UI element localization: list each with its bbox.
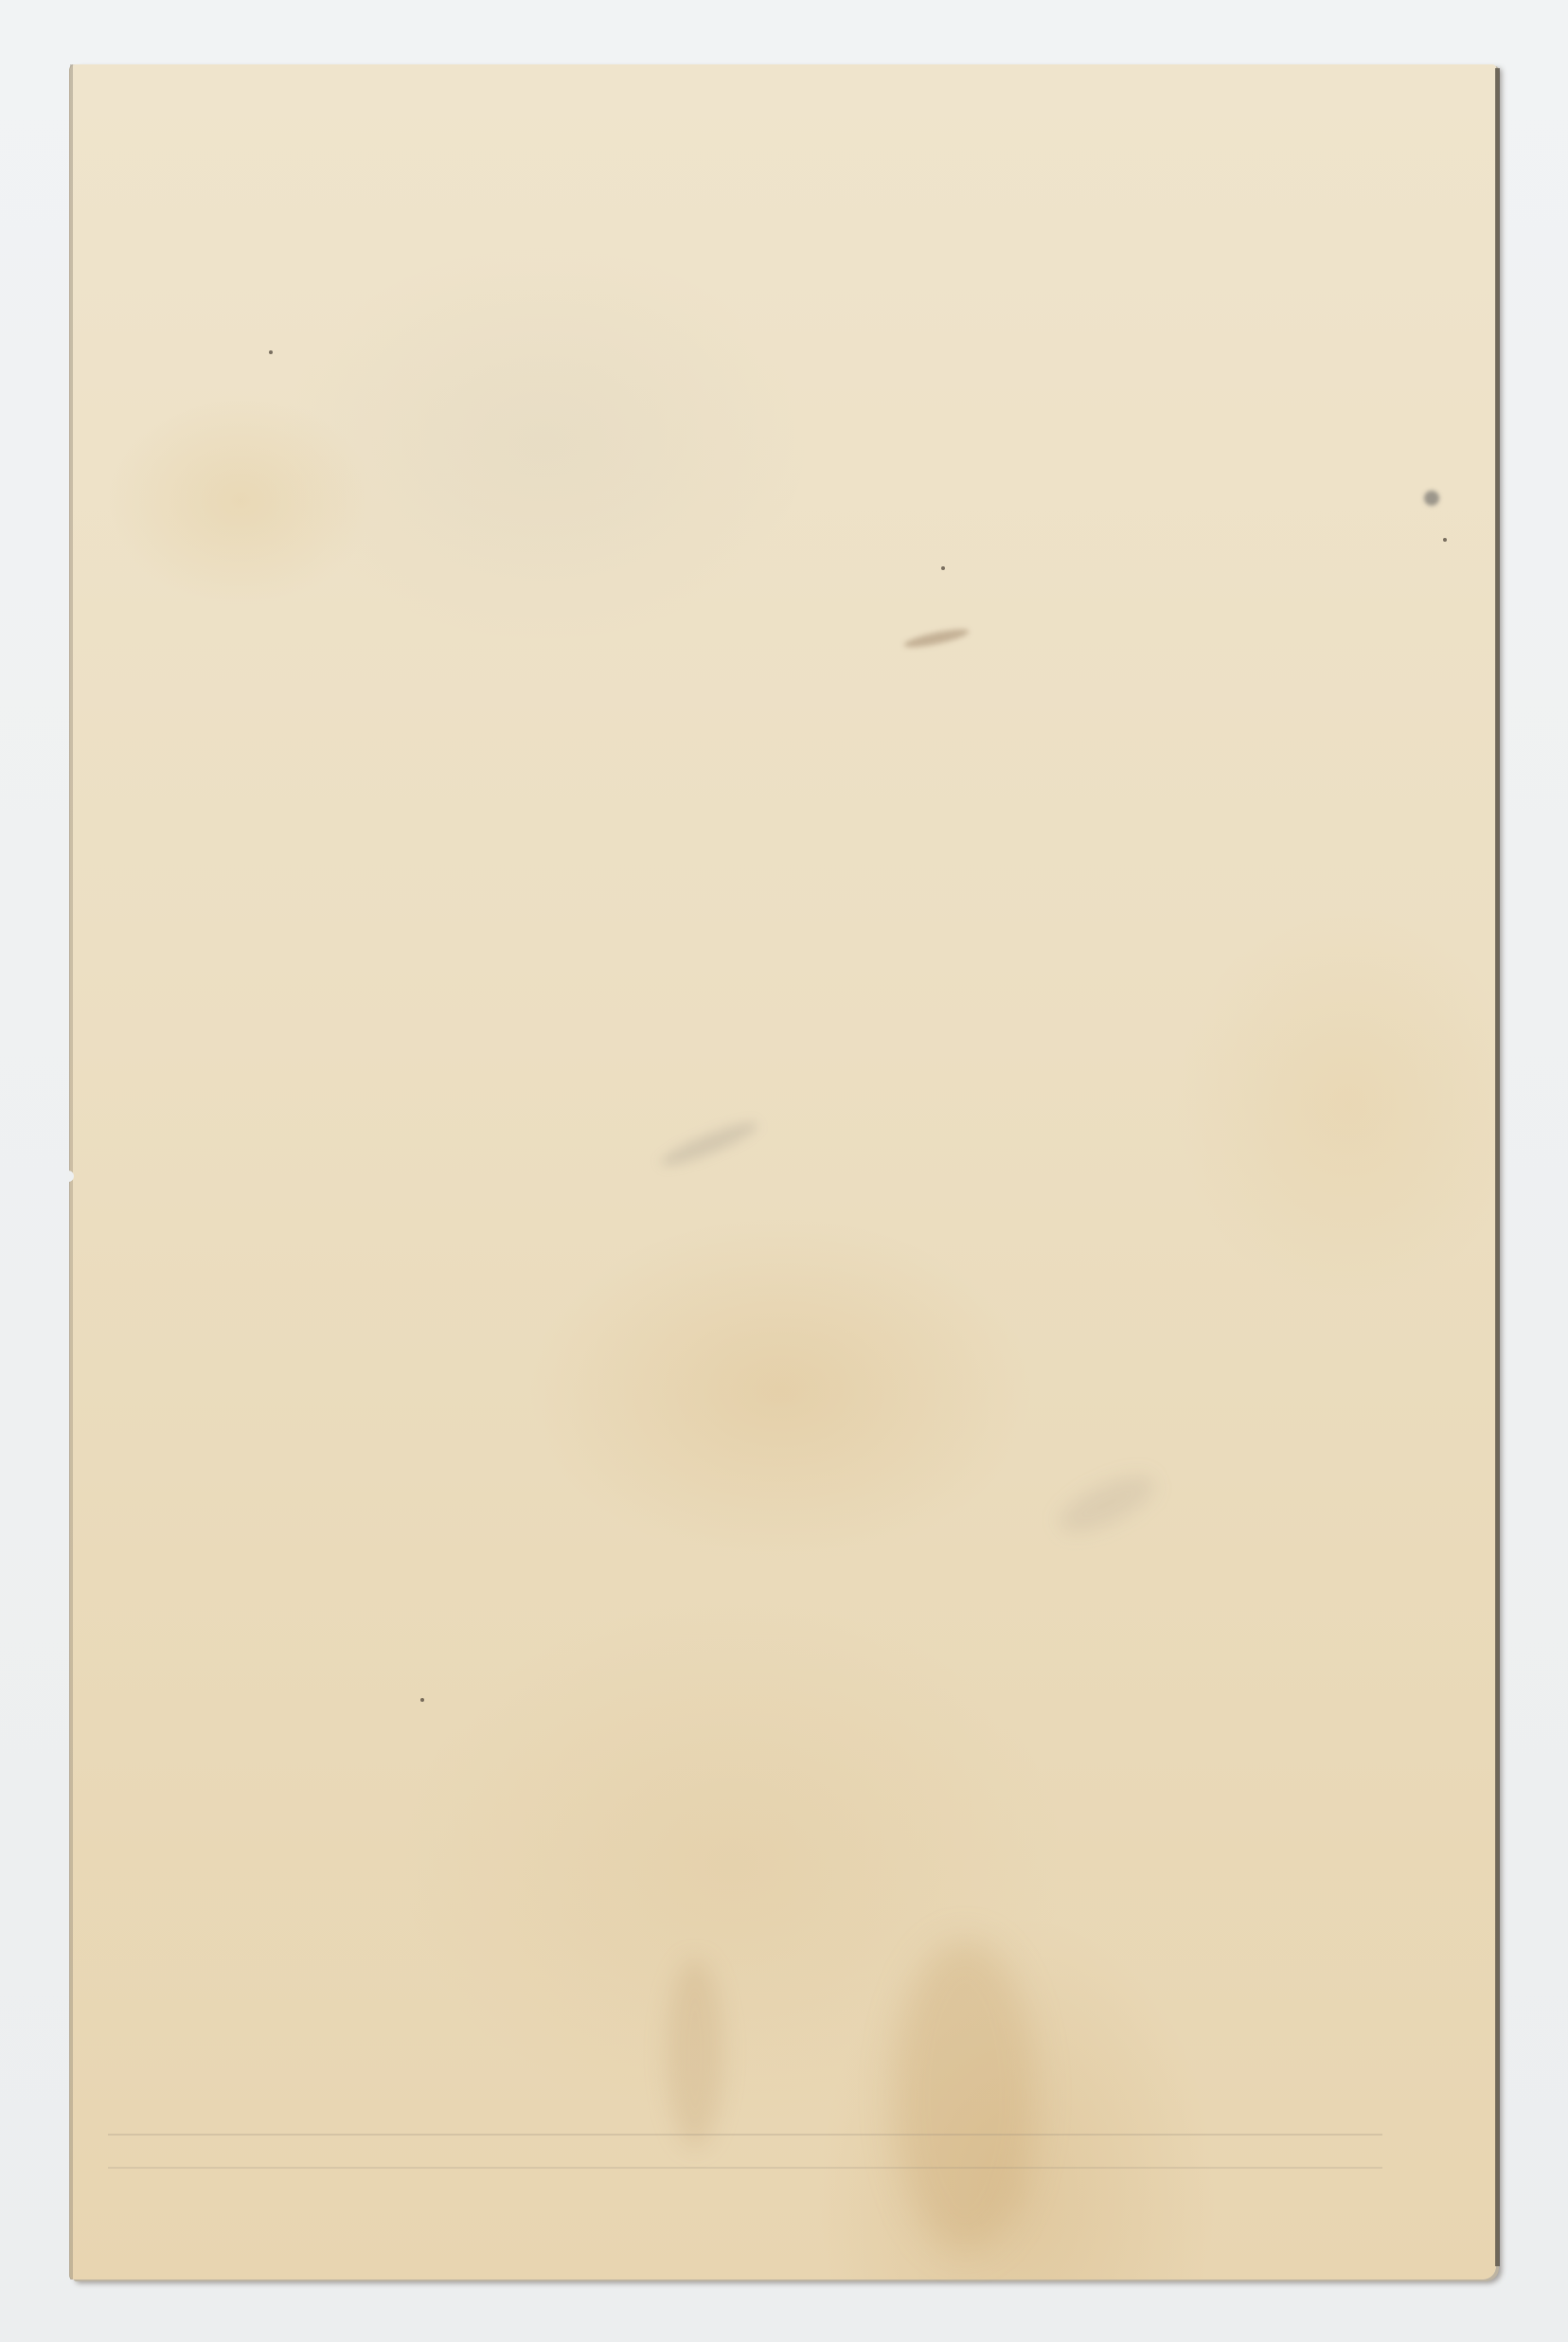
pencil-smudge (1052, 1465, 1163, 1544)
foxing-stain (667, 1958, 723, 2148)
speck (420, 1698, 424, 1702)
ink-mark (903, 626, 971, 651)
card-back (70, 64, 1496, 2279)
foxing-stain (894, 1940, 1036, 2252)
speck (269, 350, 273, 354)
card-right-edge-shadow (1495, 68, 1500, 2266)
faded-imprint-line (108, 2167, 1382, 2169)
faded-imprint-line (108, 2134, 1382, 2136)
speck (941, 566, 945, 570)
dark-speck (1424, 491, 1439, 506)
speck (1443, 538, 1447, 542)
pencil-smudge (657, 1116, 760, 1172)
